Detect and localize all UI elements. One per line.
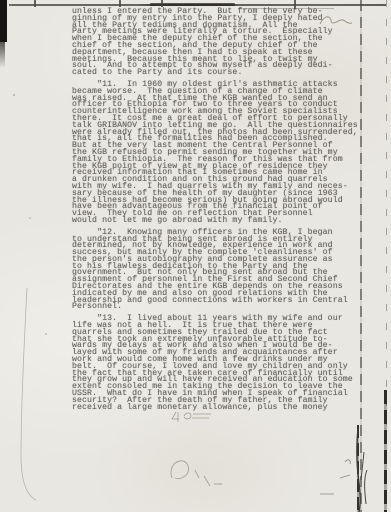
top-edge-tick (34, 0, 36, 7)
copy-rule-right-inner (360, 0, 362, 512)
pencil-mark-lower-center (171, 461, 222, 486)
copy-rule-right-inner-dark (357, 425, 359, 512)
scratch-line-left (21, 288, 36, 500)
copy-rule-top-echo (238, 8, 334, 9)
corner-black-bar-fade (0, 42, 5, 68)
copy-rule-right-edge-dark (384, 390, 387, 512)
top-edge-tick (119, 0, 121, 7)
paragraph-12: "12. Knowing many officers in the KGB, I… (72, 230, 350, 312)
paragraph-13: "13. I lived about 11 years with my wife… (72, 316, 350, 411)
scanned-document-page: unless I entered the Party. But from the… (0, 0, 391, 512)
paragraph-11: "11. In 1960 my oldest girl's asthmatic … (72, 82, 350, 225)
corner-black-bar (0, 0, 7, 42)
paragraph-continuation: unless I entered the Party. But from the… (72, 9, 350, 77)
typewritten-text-column: unless I entered the Party. But from the… (72, 9, 350, 416)
top-edge-tick (161, 0, 163, 7)
top-edge-tick (294, 0, 296, 9)
